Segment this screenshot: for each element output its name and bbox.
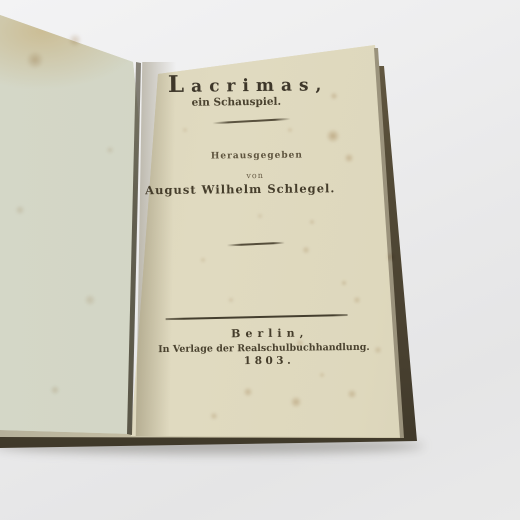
book-photo: Lacrimas, ein Schauspiel. Herausgegeben … xyxy=(0,0,520,520)
editor-name: August Wilhelm Schlegel. xyxy=(145,181,335,197)
edited-preposition: von xyxy=(246,171,264,180)
imprint-city: Berlin, xyxy=(231,326,308,340)
book-subtitle: ein Schauspiel. xyxy=(191,96,281,109)
imprint-year: 1803. xyxy=(244,355,295,368)
divider-rule-middle xyxy=(227,242,285,247)
imprint-rule xyxy=(166,314,348,320)
imprint-publisher: In Verlage der Realschulbuchhandlung. xyxy=(158,342,370,355)
edited-label: Herausgegeben xyxy=(211,151,303,162)
divider-rule-top xyxy=(213,118,291,124)
book-title: Lacrimas, xyxy=(168,69,329,98)
printed-text-layer: Lacrimas, ein Schauspiel. Herausgegeben … xyxy=(0,0,520,520)
